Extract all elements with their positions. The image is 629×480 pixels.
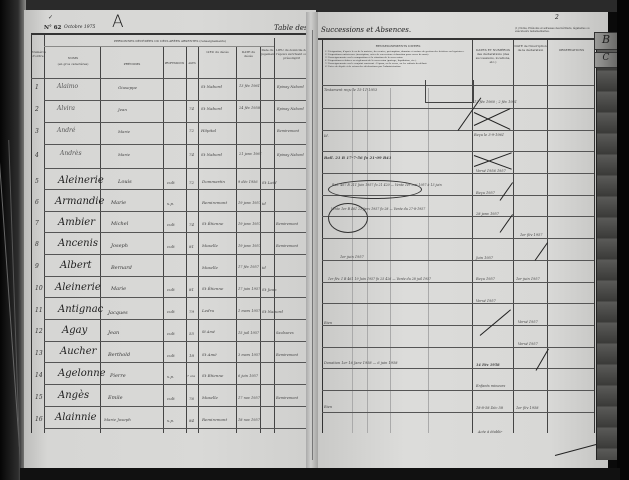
row-date: 17 nov 1957: [238, 396, 260, 400]
row-prenom: Joseph: [111, 243, 128, 249]
row-rule: [44, 406, 308, 407]
entry-renseignements: Bail. 467 B 211 Juin 1957 fo 21 420 — Ve…: [332, 183, 442, 187]
row-jugement: id: [262, 201, 266, 206]
annotation-box: [425, 80, 474, 103]
row-domicile: Remiremont: [276, 222, 298, 226]
row-rule: [322, 303, 594, 304]
row-prenom: Marie: [118, 152, 130, 157]
scan-border-right: [617, 0, 629, 480]
col-header-domicile: LIEU du domicile de l'époux survivant ou…: [275, 48, 308, 60]
row-prenom: Michel: [111, 221, 128, 227]
table-top-border: [318, 38, 596, 40]
row-rule: [322, 238, 594, 239]
row-date: 19 janv 1957: [238, 201, 261, 205]
row-date: 13 fév 1961: [239, 84, 260, 88]
row-date: 24 fév 1958: [239, 106, 260, 110]
col-header-professions: PROFESSIONS: [163, 62, 186, 66]
row-age: 74: [189, 222, 194, 227]
row-profession: cult: [167, 353, 175, 358]
folio-number: N° 62: [44, 25, 61, 31]
entry-dates: 18-8-58 Déc 58: [476, 406, 503, 410]
row-rule: [322, 325, 594, 326]
row-date: 9 déc 1956: [238, 180, 258, 184]
row-number: 9: [35, 263, 39, 270]
entry-dates: 14 Fév 1958: [476, 363, 500, 367]
col-header-noms: NOMS: [46, 56, 100, 60]
col-divider: [44, 35, 45, 433]
row-prenom: Emile: [108, 395, 123, 401]
row-date: 17 juin 1957: [238, 287, 260, 291]
row-age: 74: [189, 106, 194, 111]
row-date: 6 juin 1957: [238, 374, 258, 378]
row-lieu: St Étienne: [202, 221, 223, 226]
row-rule: [322, 282, 594, 283]
row-nom: Aleinerie: [58, 175, 104, 186]
row-date: 19 janv 1957: [238, 222, 261, 226]
entry-dates: Reçu 1957: [476, 191, 495, 195]
col-header-num: Numéros d'ordre: [32, 50, 44, 58]
row-profession: s.p.: [167, 201, 174, 206]
row-rule: [44, 211, 308, 212]
row-nom: Andrès: [60, 150, 82, 157]
row-prenom: Jean: [108, 330, 119, 336]
row-nom: Ancenis: [58, 238, 98, 249]
row-rule: [322, 173, 594, 174]
row-rule: [322, 151, 594, 152]
row-nom: Agay: [62, 325, 87, 336]
row-jugement: id: [262, 265, 266, 270]
row-age: 79: [189, 309, 194, 314]
row-lieu: St Amé: [202, 330, 215, 334]
row-age: 55: [189, 331, 194, 336]
row-lieu: St Nabord: [201, 84, 222, 89]
row-date: 1 mars 1957: [238, 309, 260, 313]
col-divider: [236, 46, 237, 433]
row-number: 6: [35, 199, 39, 206]
row-domicile: Remiremont: [277, 129, 299, 133]
row-number: 8: [35, 241, 39, 248]
instruction-line: 6° Dates de dépôt et de retour des décla…: [325, 65, 471, 68]
col-divider: [274, 38, 275, 433]
row-date: 18 nov 1957: [238, 418, 260, 422]
row-number: 7: [35, 220, 39, 227]
col-divider: [198, 46, 199, 433]
entry-renseignements: Bail. 21 B 17-7-56 fo 21-09 B41: [324, 155, 391, 160]
row-nom: Angès: [58, 390, 89, 401]
row-number: 11: [35, 307, 43, 314]
row-domicile: Saulxures: [276, 331, 294, 335]
row-number: 14: [35, 372, 43, 379]
col-header-dates: DATES ET NUMÉROS des déclarations (des s…: [474, 48, 512, 64]
entry-renseignements: Donation 1er 16 Janv 1958 — 6 juin 1958: [324, 361, 397, 365]
row-date: 19 janv 1957: [238, 244, 261, 248]
row-prenom: Marie: [118, 129, 130, 134]
col-divider: [547, 40, 548, 433]
index-tab-strip[interactable]: [596, 50, 617, 460]
col-divider: [513, 40, 514, 433]
row-rule: [44, 168, 308, 169]
row-profession: s.p.: [167, 374, 174, 379]
row-rule: [44, 100, 308, 101]
row-nom: Alvira: [57, 105, 75, 112]
entry-renseignements: Rien: [324, 405, 332, 409]
row-profession: cult: [167, 180, 175, 185]
row-rule: [322, 108, 594, 109]
col-header-ages: AGES: [186, 62, 198, 66]
entry-renseignements: Testament reçu le 15-11-1953: [324, 88, 377, 92]
entry-renseignements: Vente 1er B 461 23 Janv 1957 fo 28 — Ven…: [331, 207, 425, 211]
row-nom: Aucher: [60, 346, 96, 357]
entry-inscription: 1er fév 1957: [520, 233, 542, 237]
row-age: 74: [189, 152, 194, 157]
col-header-lieu: LIEU du décès: [199, 50, 236, 54]
row-rule: [44, 276, 308, 277]
row-lieu: St Amé: [202, 352, 217, 357]
index-letter: A: [112, 12, 124, 32]
row-profession: cult: [167, 287, 175, 292]
entry-renseignements: 1er fév. 1 B 461 19 Juin 1957 fo 25 426 …: [328, 277, 431, 281]
row-domicile: Epinay Nabord: [277, 85, 304, 89]
row-nom: Agelonne: [58, 368, 106, 379]
row-prenom: Berthold: [108, 352, 130, 358]
header-bottom-rule: [31, 78, 309, 79]
row-profession: cult: [167, 396, 175, 401]
row-nom: Antignac: [58, 304, 103, 315]
row-rule: [322, 368, 594, 369]
row-rule: [44, 189, 308, 190]
row-rule: [44, 384, 308, 385]
row-prenom: Jean: [118, 107, 127, 112]
table-right-border: [594, 40, 595, 433]
row-rule: [44, 362, 308, 363]
header-rule: [44, 46, 274, 47]
row-domicile: Remiremont: [276, 353, 298, 357]
row-domicile: Epinay Nabord: [277, 153, 304, 157]
row-domicile: St Laid: [262, 180, 277, 185]
title-left: Table des: [274, 24, 308, 32]
row-domicile: Remiremont: [276, 396, 298, 400]
row-age: 76: [189, 396, 194, 401]
row-number: 13: [35, 350, 43, 357]
col-header-inscription: DATE de l'inscription de la déclaration: [514, 44, 547, 52]
row-date: 17 fév 1957: [238, 265, 259, 269]
scan-border-bottom: [20, 468, 620, 480]
row-number: 12: [35, 328, 43, 335]
col-header-date: DATE du décès: [237, 50, 260, 58]
entry-inscription: 1er fév 1958: [516, 406, 538, 410]
header-group-label: PERSONNES DÉCÉDÉES OU DÉCLARÉES ABSENTES…: [110, 39, 230, 43]
row-prenom: Jacques: [108, 310, 128, 316]
row-prenom: Bernard: [111, 265, 132, 271]
row-rule: [44, 428, 308, 429]
row-lieu: St Nabord: [201, 106, 222, 111]
row-rule: [44, 341, 308, 342]
row-number: 10: [35, 285, 43, 292]
gutter-stitch: [312, 30, 313, 460]
col-divider: [260, 46, 261, 433]
row-lieu: St Nabord: [201, 152, 222, 157]
row-number: 5: [35, 178, 39, 185]
table-left-border: [322, 40, 323, 433]
row-rule: [44, 297, 308, 298]
row-nom: Alainnie: [55, 412, 97, 423]
row-lieu: St Étienne: [202, 286, 223, 291]
entry-dates: 12 fév 1960 ; 2 fév 1961: [474, 100, 517, 104]
row-prenom: Pierre: [110, 373, 126, 379]
row-profession: cult: [167, 331, 175, 336]
col-header-noms-sub: (en gros caractères): [46, 62, 100, 66]
row-number: 1: [35, 84, 39, 91]
table-left-border: [31, 33, 32, 433]
renseignements-instructions: 1° Désignation, d'après le vu de la matr…: [325, 50, 471, 68]
row-date: 15 juil 1957: [238, 331, 259, 335]
index-tab-c[interactable]: C: [594, 52, 618, 68]
row-number: 4: [35, 152, 39, 159]
col-header-observations: OBSERVATIONS: [549, 48, 594, 52]
page-number: 2: [555, 14, 559, 21]
entry-inscription: Versé 1957: [518, 320, 538, 324]
table-top-border: [31, 33, 309, 35]
row-rule: [322, 347, 594, 348]
entry-dates: Reçu le 3-9-1961: [474, 133, 504, 137]
row-number: 16: [35, 416, 43, 423]
row-number: 15: [35, 394, 43, 401]
row-profession: s.p.: [167, 418, 174, 423]
index-tab-b[interactable]: B: [594, 32, 618, 50]
row-rule: [44, 122, 308, 123]
entry-dates: Reçu 1957: [476, 277, 495, 281]
row-nom: André: [57, 127, 75, 134]
entry-dates: Juin 1957: [476, 256, 493, 260]
row-lieu: Dommartin: [202, 179, 225, 184]
row-prenom: Marie: [111, 200, 126, 206]
row-rule: [44, 254, 308, 255]
row-age: 18: [189, 353, 194, 358]
row-lieu: Remiremont: [202, 200, 227, 205]
col-header-prenoms: PRÉNOMS: [101, 62, 163, 66]
col-header-renseignements: RENSEIGNEMENTS DIVERS: [324, 44, 472, 48]
entry-dates: Versé 1956 1957: [476, 169, 506, 173]
row-rule: [322, 260, 594, 261]
row-lieu: Ledru: [202, 308, 214, 313]
folio-annotation: ✓: [48, 14, 53, 21]
row-domicile: Epinay Nabord: [277, 107, 304, 111]
row-profession: cult: [167, 244, 175, 249]
row-domicile: Remiremont: [276, 244, 298, 248]
entry-dates: Enfants mineurs: [476, 384, 505, 388]
row-number: 3: [35, 128, 39, 135]
row-prenom: Louis: [118, 179, 132, 185]
row-nom: Ambier: [58, 217, 95, 228]
entry-dates: 28 janv 1957: [476, 212, 499, 216]
row-age: 72: [189, 180, 194, 185]
row-age: 81: [189, 244, 194, 249]
row-rule: [44, 144, 308, 145]
row-number: 2: [35, 106, 39, 113]
row-date: 21 janv 1961: [239, 152, 262, 156]
row-rule: [322, 390, 594, 391]
row-lieu: Moselle: [202, 395, 218, 400]
row-profession: cult: [167, 309, 175, 314]
row-domicile: St Jean: [262, 287, 277, 292]
row-age: 7 ans: [187, 374, 195, 378]
row-profession: cult: [167, 222, 175, 227]
entry-inscription: 1er juin 1957: [516, 277, 540, 281]
top-note: (1) Noms, Prénoms et adresses des hériti…: [515, 27, 595, 33]
folio-date: Octobre 1975: [64, 25, 95, 30]
row-nom: Albert: [60, 260, 92, 271]
row-rule: [44, 319, 308, 320]
row-date: 3 mars 1957: [238, 353, 260, 357]
entry-renseignements: 1er juin 1957: [340, 255, 364, 259]
bookmark-ribbon: [20, 300, 21, 470]
row-lieu: Moselle: [202, 243, 218, 248]
col-header-jugement: Date du jugement: [261, 48, 274, 56]
row-prenom: Marie Joseph: [104, 417, 131, 422]
title-right: Successions et Absences.: [321, 26, 411, 34]
row-nom: Armandie: [55, 196, 104, 207]
row-prenom: Giuseppe: [118, 85, 137, 90]
row-nom: Aleinerie: [55, 282, 101, 293]
entry-dates: Acte à établir: [478, 430, 502, 434]
row-lieu: Hôpital: [201, 128, 216, 133]
row-lieu: Moselle: [202, 265, 218, 270]
row-age: 81: [189, 287, 194, 292]
row-age: 84: [189, 418, 194, 423]
entry-inscription: Versé 1957: [518, 342, 538, 346]
row-rule: [322, 412, 594, 413]
entry-renseignements: Rien: [324, 321, 332, 325]
row-prenom: Marie: [111, 286, 126, 292]
row-lieu: St Etienne: [202, 373, 223, 378]
row-rule: [44, 232, 308, 233]
row-nom: Alaimo: [57, 83, 78, 90]
row-domicile: St Nabord: [262, 309, 283, 314]
entry-dates: Versé 1957: [476, 299, 496, 303]
col-divider: [163, 46, 164, 433]
entry-renseignements: Id.: [324, 134, 329, 138]
row-age: 72: [189, 128, 194, 133]
row-lieu: Remiremont: [202, 417, 227, 422]
